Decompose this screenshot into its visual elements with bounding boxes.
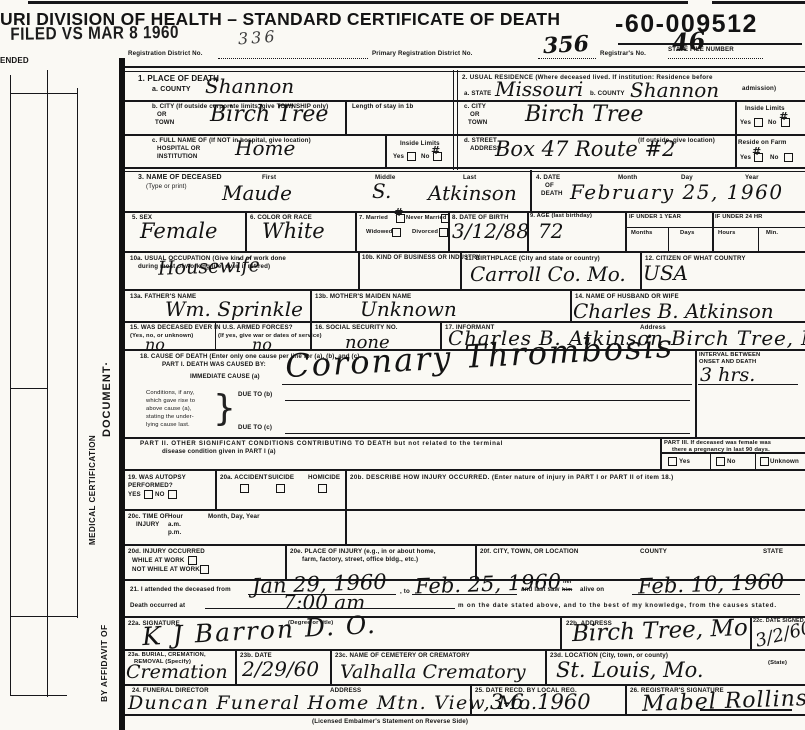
margin-rule <box>10 695 67 696</box>
spouse-value: Charles B. Atkinson <box>573 301 774 321</box>
autopsy-label2: PERFORMED? <box>128 482 173 489</box>
injury-city-label: 20f. CITY, TOWN, OR LOCATION <box>480 548 579 555</box>
not-while-at-work-label: NOT WHILE AT WORK <box>132 566 200 573</box>
death-time-value: 7:00 am <box>283 592 365 612</box>
town-label: TOWN <box>155 119 174 126</box>
first-label: First <box>262 174 276 181</box>
death-certificate-scan: URI DIVISION OF HEALTH – STANDARD CERTIF… <box>0 0 805 730</box>
birthplace-label: 11. BIRTHPLACE (City and state or countr… <box>465 255 600 262</box>
yes-label: Yes <box>393 153 404 160</box>
first-name-value: Maude <box>222 183 292 203</box>
widowed-label: Widowed <box>366 229 392 235</box>
interval-value: 3 hrs. <box>700 366 755 385</box>
armed-forces-value2: no <box>252 337 272 353</box>
time-of-injury-label: 20c. TIME OF <box>128 513 169 520</box>
attended-from-label: 21. I attended the deceased from <box>130 586 231 593</box>
funeral-director-value: Duncan Funeral Home Mtn. View, Mo. <box>128 694 538 713</box>
dob-value: 3/12/88 <box>452 221 529 241</box>
conditions-note4: stating the under- <box>146 414 194 420</box>
suicide-checkbox <box>276 484 285 493</box>
dotted-line <box>218 57 368 59</box>
yes-label: Yes <box>740 119 751 126</box>
suicide-label: SUICIDE <box>268 474 294 481</box>
checkbox-mark: # <box>431 144 440 157</box>
place-of-injury-label2: farm, factory, street, office bldg., etc… <box>302 556 418 563</box>
days-label: Days <box>680 230 694 236</box>
form-left-border <box>119 58 125 730</box>
margin-rule <box>10 388 47 389</box>
middle-name-value: S. <box>372 181 391 201</box>
armed-forces-value1: no <box>145 337 165 353</box>
death-occurred-label2: m on the date stated above, and to the b… <box>458 602 777 609</box>
footer-note: (Licensed Embalmer's Statement on Revers… <box>312 718 468 725</box>
autopsy-yes-label: YES <box>128 491 141 498</box>
divorced-checkbox <box>439 228 448 237</box>
date-of-death-value: February 25, 1960 <box>570 182 784 202</box>
injury-occurred-label: 20d. INJURY OCCURRED <box>128 548 205 555</box>
injury-county-label: COUNTY <box>640 548 667 555</box>
part3-label: PART III. If deceased was female was <box>664 440 771 446</box>
month-day-year-label: Month, Day, Year <box>208 513 260 520</box>
file-number-rule <box>618 43 802 45</box>
homicide-checkbox <box>318 484 327 493</box>
res-city-label: c. CITY <box>464 103 486 110</box>
res-county-label: b. COUNTY <box>590 90 625 97</box>
res-inside-limits-yes-checkbox <box>754 118 763 127</box>
yes-label: Yes <box>679 458 690 465</box>
alive-on-label: alive on <box>580 586 604 593</box>
no-label: No <box>421 153 430 160</box>
margin-rule <box>47 70 48 697</box>
dotted-line <box>668 57 763 59</box>
name-of-deceased-label: 3. NAME OF DECEASED <box>138 174 222 181</box>
margin-rule <box>10 75 11 695</box>
pregnancy-yes-checkbox <box>668 457 677 466</box>
conditions-note2: which gave rise to <box>146 398 195 404</box>
autopsy-no-label: NO <box>155 491 165 498</box>
yes-label: Yes <box>740 154 751 161</box>
citizen-value: USA <box>643 263 688 283</box>
accident-label: 20a. ACCIDENT <box>220 474 267 481</box>
hour-label: Hour <box>168 513 183 520</box>
not-while-at-work-checkbox <box>200 565 209 574</box>
months-label: Months <box>631 230 653 236</box>
ssn-label: 16. SOCIAL SECURITY NO. <box>315 324 398 331</box>
burial-date-value: 2/29/60 <box>242 659 319 679</box>
filed-stamp: FILED VS MAR 8 1960 <box>10 22 179 44</box>
no-label: No <box>727 458 736 465</box>
farm-no-checkbox <box>784 153 793 162</box>
or-label: OR <box>470 111 480 118</box>
conditions-note1: Conditions, if any, <box>146 390 195 396</box>
her-label: her <box>563 579 572 585</box>
widowed-checkbox <box>392 228 401 237</box>
due-to-b-label: DUE TO (b) <box>238 391 272 398</box>
accident-checkbox <box>240 484 249 493</box>
primary-reg-label: Primary Registration District No. <box>372 50 473 57</box>
him-label-struck: him <box>562 587 572 593</box>
describe-injury-label: 20b. DESCRIBE HOW INJURY OCCURRED. (Ente… <box>350 474 674 481</box>
cemetery-label: 23c. NAME OF CEMETERY OR CREMATORY <box>335 652 470 659</box>
primary-reg-value: 356 <box>542 33 589 57</box>
type-or-print-note: (Type or print) <box>146 183 187 190</box>
margin-affidavit-text: BY AFFIDAVIT OF <box>99 624 109 702</box>
county-value: Shannon <box>205 76 294 96</box>
armed-forces-label: 15. WAS DECEASED EVER IN U.S. ARMED FORC… <box>130 324 293 331</box>
cemetery-value: Valhalla Crematory <box>340 663 526 682</box>
signature-underline <box>700 709 792 711</box>
am-label: a.m. <box>168 521 181 528</box>
due-to-c-label: DUE TO (c) <box>238 424 272 431</box>
married-label: 7. Married <box>359 215 388 221</box>
reg-district-label: Registration District No. <box>128 50 203 57</box>
registrar-no-value: 46 <box>671 29 706 55</box>
margin-rule <box>10 616 77 617</box>
min-label: Min. <box>766 230 778 236</box>
father-value: Wm. Sprinkle <box>165 299 303 319</box>
conditions-note3: above cause (a), <box>146 406 192 412</box>
margin-document-text: DOCUMENT· <box>101 361 113 437</box>
pregnancy-unknown-checkbox <box>760 457 769 466</box>
occupation-value: Housewife <box>158 256 260 279</box>
business-label: 10b. KIND OF BUSINESS OR INDUSTRY <box>362 255 480 261</box>
injury-state-label: STATE <box>763 548 783 555</box>
part3-label2: there a pregnancy in last 90 days. <box>672 447 770 453</box>
conditions-note5: lying cause last. <box>146 422 190 428</box>
street-label: d. STREET <box>464 137 497 144</box>
scan-edge-line <box>28 1 688 4</box>
while-at-work-label: WHILE AT WORK <box>132 557 184 564</box>
homicide-label: HOMICIDE <box>308 474 340 481</box>
last-label: Last <box>463 174 476 181</box>
last-name-value: Atkinson <box>428 183 517 203</box>
race-value: White <box>262 221 325 242</box>
part1-label: PART I. DEATH WAS CAUSED BY: <box>162 361 266 368</box>
date-received-value: 3-6. 1960 <box>490 692 591 713</box>
hospital-value: Home <box>235 138 295 158</box>
margin-ended-text: ENDED <box>0 56 29 65</box>
sex-value: Female <box>140 221 217 242</box>
res-county-value: Shannon <box>630 80 719 100</box>
burial-type-value: Cremation <box>126 663 228 682</box>
place-of-injury-label: 20e. PLACE OF INJURY (e.g., in or about … <box>290 548 436 555</box>
city-value: Birch Tree <box>210 104 328 126</box>
registrar-signature-value: Mabel Rollins <box>642 688 805 716</box>
mother-value: Unknown <box>360 299 457 319</box>
unknown-label: Unknown <box>770 458 799 465</box>
autopsy-label1: 19. WAS AUTOPSY <box>128 474 186 481</box>
pregnancy-no-checkbox <box>716 457 725 466</box>
state-value: Missouri <box>495 79 583 99</box>
dotted-line <box>538 57 596 59</box>
inside-limits-yes-checkbox <box>407 152 416 161</box>
part2-label2: disease condition given in PART I (a) <box>162 448 276 455</box>
burial-location-value: St. Louis, Mo. <box>556 660 704 681</box>
length-of-stay-label: Length of stay in 1b <box>352 103 413 110</box>
hospital-label3: INSTITUTION <box>157 153 198 160</box>
last-saw-label: and last saw <box>521 586 560 593</box>
hospital-label2: HOSPITAL OR <box>157 145 200 152</box>
age-value: 72 <box>538 221 563 241</box>
res-city-value: Birch Tree <box>525 104 643 126</box>
checkbox-mark: # <box>752 145 761 158</box>
while-at-work-checkbox <box>188 556 197 565</box>
margin-rule <box>77 88 78 618</box>
date-of-death-label: 4. DATE <box>536 174 560 181</box>
hours-label: Hours <box>718 230 736 236</box>
street-value: Box 47 Route #2 <box>495 139 675 160</box>
checkbox-mark: # <box>779 110 788 123</box>
autopsy-no-checkbox <box>168 490 177 499</box>
state-note: (State) <box>768 660 787 666</box>
part2-label: PART II. OTHER SIGNIFICANT CONDITIONS CO… <box>140 440 503 447</box>
burial-label1: 23a. BURIAL, CREMATION, <box>128 652 206 658</box>
town-label: TOWN <box>468 119 487 126</box>
checkbox-mark: # <box>394 206 403 219</box>
interval-label1: INTERVAL BETWEEN <box>699 352 760 358</box>
state-label: a. STATE <box>464 90 491 97</box>
or-label: OR <box>157 111 167 118</box>
reside-on-farm-label: Reside on Farm <box>738 139 787 146</box>
under-1-year-label: IF UNDER 1 YEAR <box>629 214 681 220</box>
residence-title2: admission) <box>742 85 776 92</box>
pm-label: p.m. <box>168 529 181 536</box>
death-label: DEATH <box>541 190 563 197</box>
no-label: No <box>770 154 779 161</box>
registrar-no-label: Registrar's No. <box>600 50 646 57</box>
never-married-checkbox <box>441 214 450 223</box>
cause-value: Coronary Thrombosis <box>284 330 674 382</box>
to-label: , to <box>400 588 410 595</box>
certifier-address-value: Birch Tree, Mo <box>572 617 749 646</box>
no-label: No <box>768 119 777 126</box>
margin-medical-certification-text: MEDICAL CERTIFICATION <box>88 435 97 545</box>
of-label: OF <box>545 182 554 189</box>
death-occurred-label: Death occurred at <box>130 602 185 609</box>
scan-edge-line <box>712 1 805 4</box>
divorced-label: Divorced <box>412 229 438 235</box>
autopsy-yes-checkbox <box>144 490 153 499</box>
margin-rule <box>10 93 77 94</box>
under-24-hr-label: IF UNDER 24 HR <box>715 214 763 220</box>
injury-label: INJURY <box>136 521 159 528</box>
reg-district-value: 336 <box>237 29 278 48</box>
conditions-brace: } <box>213 388 236 429</box>
immediate-cause-label: IMMEDIATE CAUSE (a) <box>190 373 260 380</box>
county-label: a. COUNTY <box>152 86 191 93</box>
birthplace-value: Carroll Co. Mo. <box>470 264 626 284</box>
